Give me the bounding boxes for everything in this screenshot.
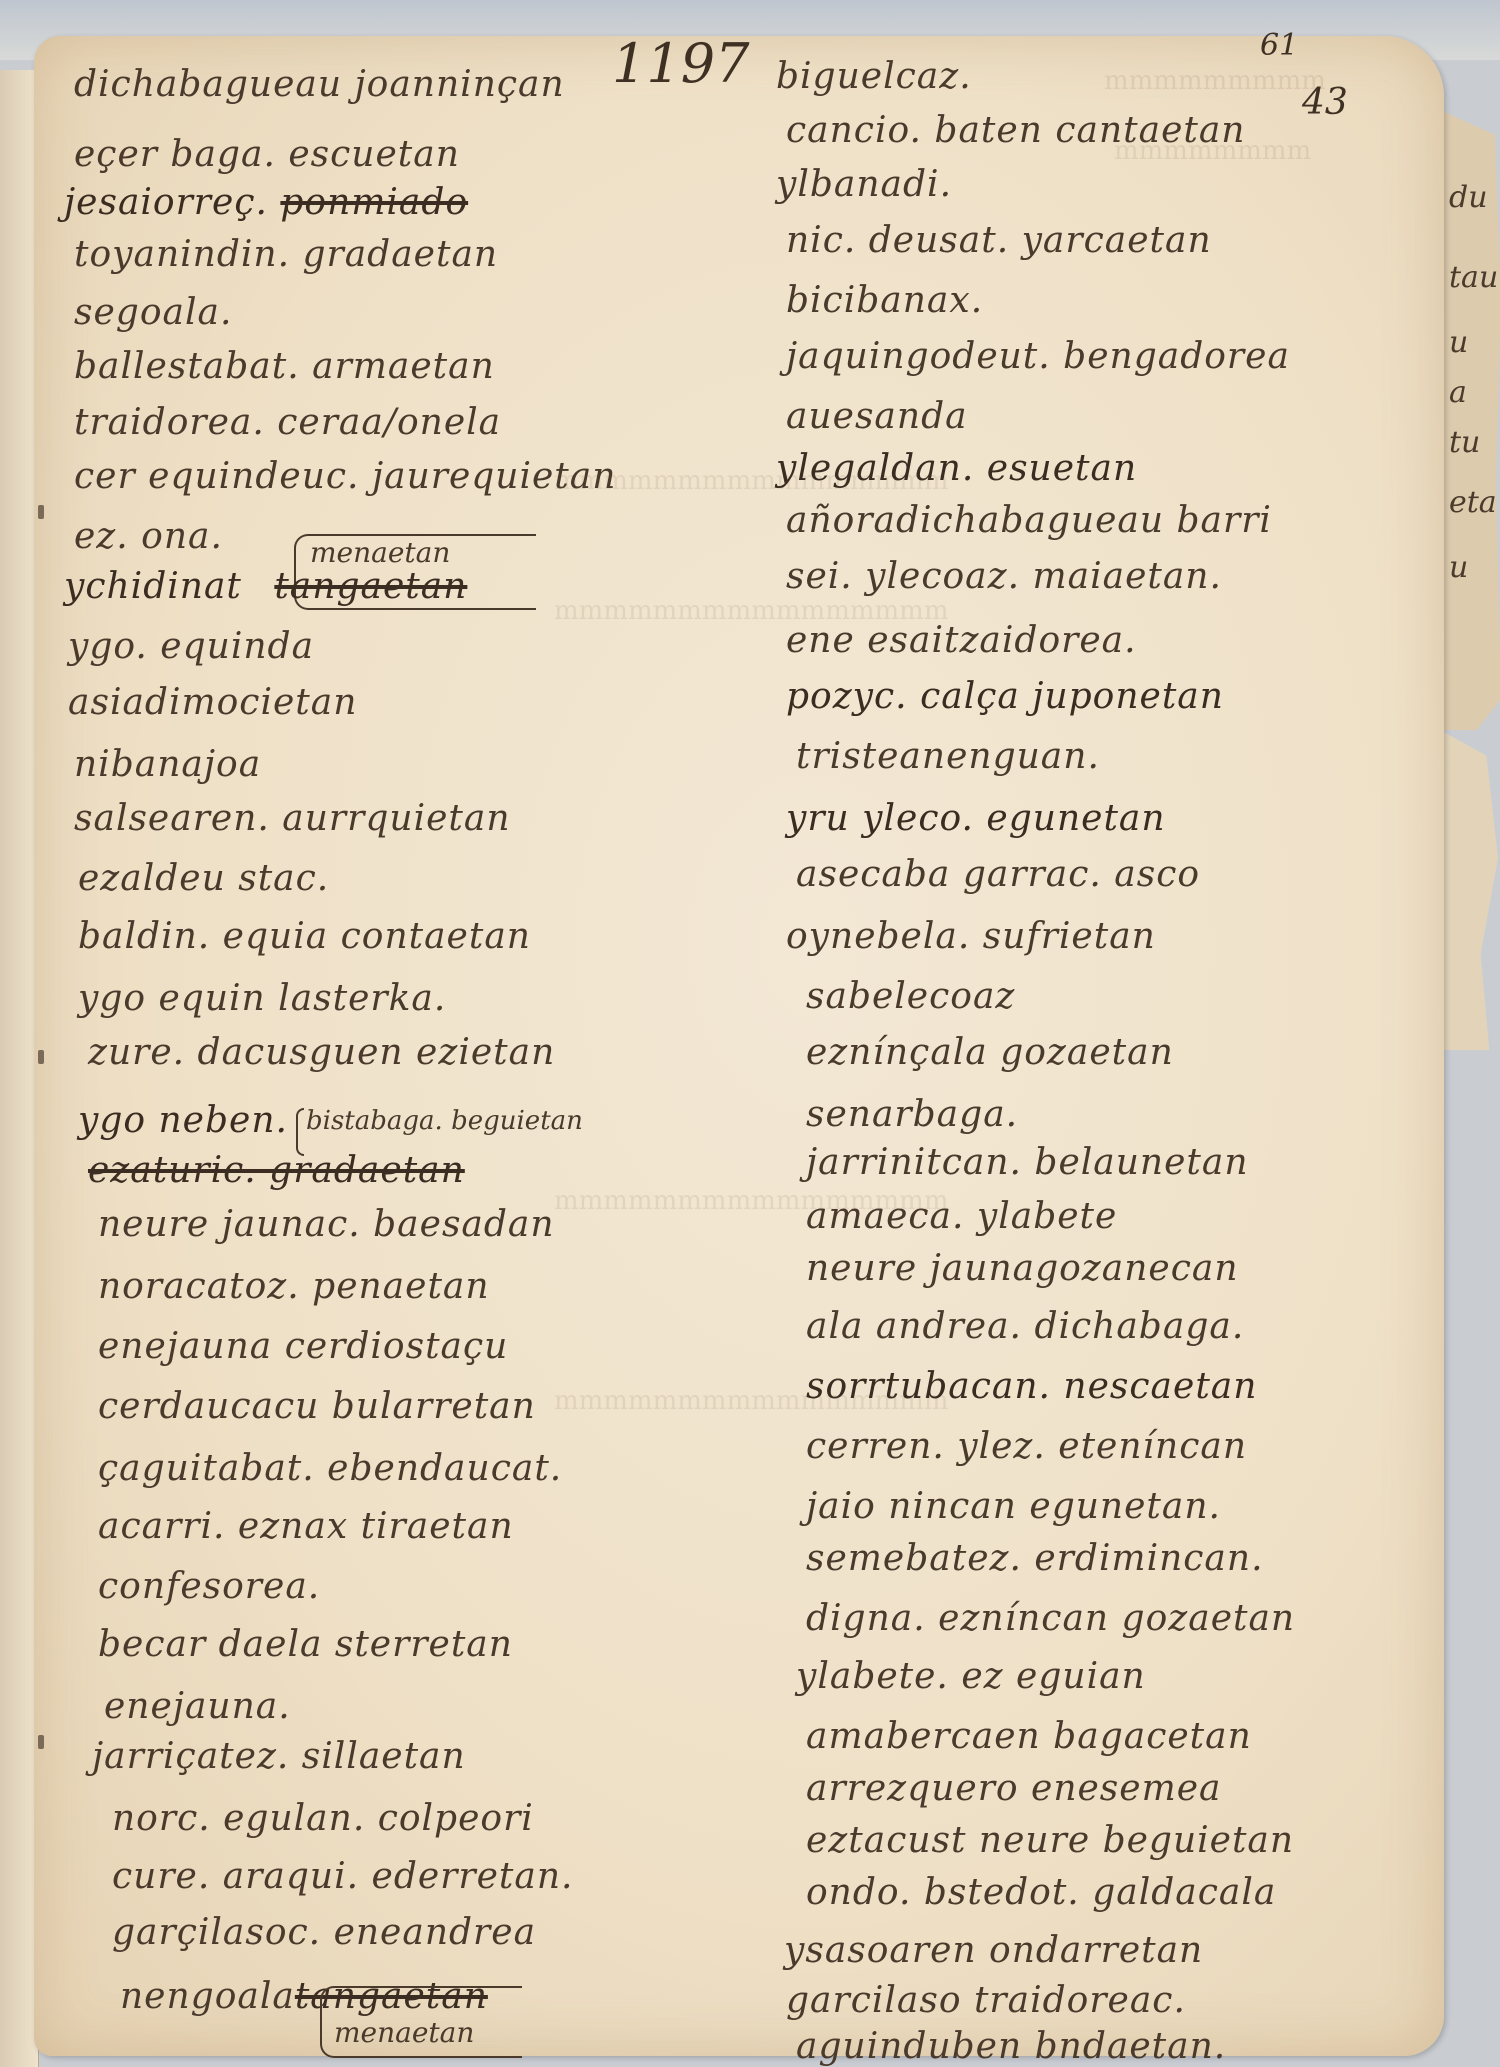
interlinear-insertion: bistabaga. beguietan: [306, 1106, 583, 1136]
verse-line: eznínçala gozaetan: [806, 1032, 1174, 1073]
torn-leaf-scrap: [1440, 730, 1498, 1050]
leaf-fragment: eta: [1449, 485, 1497, 520]
verse-line: segoala.: [74, 292, 232, 333]
verse-line: yru yleco. egunetan: [786, 798, 1166, 839]
verse-line: sei. ylecoaz. maiaetan.: [786, 556, 1222, 597]
verse-line: cerren. ylez. eteníncan: [806, 1426, 1247, 1467]
verse-line: asecaba garrac. asco: [796, 854, 1200, 895]
verse-line: aguinduben bndaetan.: [796, 2026, 1226, 2067]
verse-line: acarri. eznax tiraetan: [98, 1506, 514, 1547]
verse-line: ysasoaren ondarretan: [784, 1930, 1203, 1971]
struck-word: ponmiado: [280, 182, 468, 223]
verse-line: eztacust neure beguietan: [806, 1820, 1294, 1861]
verse-line: jesaiorreç. ponmiado: [64, 182, 468, 223]
verse-line: senarbaga.: [806, 1094, 1018, 1135]
verse-line: cer equindeuc. jaurequietan: [74, 456, 616, 497]
adjacent-leaf: du tau u a tu eta u: [1440, 110, 1500, 730]
verse-line: sorrtubacan. nescaetan: [806, 1366, 1257, 1407]
verse-line: ballestabat. armaetan: [74, 346, 495, 387]
verse-line: eçer baga. escuetan: [74, 134, 460, 175]
verse-line: norc. egulan. colpeori: [112, 1798, 534, 1839]
verse-line: ene esaitzaidorea.: [786, 620, 1137, 661]
verse-line: cure. araqui. ederretan.: [112, 1856, 573, 1897]
verse-line: bicibanax.: [786, 280, 983, 321]
verse-line: zure. dacusguen ezietan: [88, 1032, 555, 1073]
verse-line: nic. deusat. yarcaetan: [786, 220, 1212, 261]
verse-line: ondo. bstedot. galdacala: [806, 1872, 1276, 1913]
verse-line: enejauna.: [104, 1686, 291, 1727]
verse-line: amabercaen bagacetan: [806, 1716, 1252, 1757]
verse-line: traidorea. ceraa/onela: [74, 402, 501, 443]
verse-line: arrezquero enesemea: [806, 1768, 1222, 1809]
verse-line: ygo. equinda: [68, 626, 314, 667]
verse-line: ylegaldan. esuetan: [776, 448, 1137, 489]
verse-line: cancio. baten cantaetan: [786, 110, 1245, 151]
verse-line: ylabete. ez eguian: [796, 1656, 1146, 1697]
verse-line: asiadimocietan: [68, 682, 357, 723]
verse-line: enejauna cerdiostaçu: [98, 1326, 508, 1367]
verse-line: ygo neben.: [78, 1100, 288, 1141]
verse-line: confesorea.: [98, 1566, 320, 1607]
verse-line: noracatoz. penaetan: [98, 1266, 490, 1307]
leaf-fragment: tau: [1449, 260, 1498, 295]
folio-number-top-right: 61: [1260, 28, 1298, 63]
verse-line: toyanindin. gradaetan: [74, 234, 498, 275]
verse-line: jaio nincan egunetan.: [806, 1486, 1221, 1527]
verse-line: pozyc. calça juponetan: [786, 676, 1224, 717]
leaf-fragment: a: [1449, 375, 1467, 410]
interlinear-insertion: menaetan: [334, 2016, 474, 2049]
verse-line: jaquingodeut. bengadorea: [786, 336, 1290, 377]
binding-stitch: [38, 1735, 44, 1749]
manuscript-page: mmmmmmmmm mmmmmmmm mmmmmmmmmmmmmmmm mmmm…: [34, 36, 1444, 2056]
verse-line: ez. ona.: [74, 516, 223, 557]
verse-line: auesanda: [786, 396, 968, 437]
struck-line: ezaturic. gradaetan: [88, 1150, 465, 1191]
verse-line: sabelecoaz: [806, 976, 1015, 1017]
bleed-through: mmmmmmmmm: [1104, 66, 1326, 96]
verse-text: jesaiorreç.: [64, 182, 268, 223]
verse-line: garçilasoc. eneandrea: [112, 1912, 536, 1953]
binding-stitch: [38, 505, 44, 519]
leaf-fragment: u: [1449, 550, 1468, 585]
verse-line: neure jaunac. baesadan: [98, 1204, 555, 1245]
verse-text: ychidinat: [64, 566, 242, 607]
folio-number-margin: 43: [1302, 82, 1348, 123]
verse-line: baldin. equia contaetan: [78, 916, 531, 957]
verse-line: becar daela sterretan: [98, 1624, 513, 1665]
leaf-fragment: u: [1449, 325, 1468, 360]
verse-line: çaguitabat. ebendaucat.: [98, 1448, 562, 1489]
verse-line: dichabagueau joanninçan: [74, 64, 565, 105]
interlinear-insertion: menaetan: [310, 536, 450, 569]
verse-line: ychidinat tangaetan: [64, 566, 467, 607]
verse-line: nibanajoa: [74, 744, 261, 785]
verse-line: jarriçatez. sillaetan: [92, 1736, 466, 1777]
insertion-bracket: [296, 1108, 304, 1156]
binding-stitch: [38, 1050, 44, 1064]
verse-line: jarrinitcan. belaunetan: [806, 1142, 1249, 1183]
verse-line: salsearen. aurrquietan: [74, 798, 511, 839]
verse-line: cerdaucacu bularretan: [98, 1386, 536, 1427]
verse-line: tristeanenguan.: [796, 736, 1100, 777]
verse-line: digna. ezníncan gozaetan: [806, 1598, 1295, 1639]
leaf-fragment: du: [1449, 180, 1488, 215]
folio-number-center: 1197: [612, 32, 749, 95]
verse-line: biguelcaz.: [776, 56, 972, 97]
verse-line: ylbanadi.: [776, 164, 952, 205]
verse-line: amaeca. ylabete: [806, 1196, 1117, 1237]
verse-line: oynebela. sufrietan: [786, 916, 1156, 957]
verse-line: ygo equin lasterka.: [78, 978, 446, 1019]
struck-word: tangaetan: [274, 566, 467, 607]
verse-line: semebatez. erdimincan.: [806, 1538, 1264, 1579]
verse-line: neure jaunagozanecan: [806, 1248, 1239, 1289]
verse-line: ala andrea. dichabaga.: [806, 1306, 1244, 1347]
verse-line: añoradichabagueau barri: [786, 500, 1272, 541]
verse-line: ezaldeu stac.: [78, 858, 329, 899]
verse-line: garcilaso traidoreac.: [786, 1980, 1186, 2021]
verse-text: nengoala: [120, 1976, 295, 2017]
leaf-fragment: tu: [1449, 425, 1480, 460]
